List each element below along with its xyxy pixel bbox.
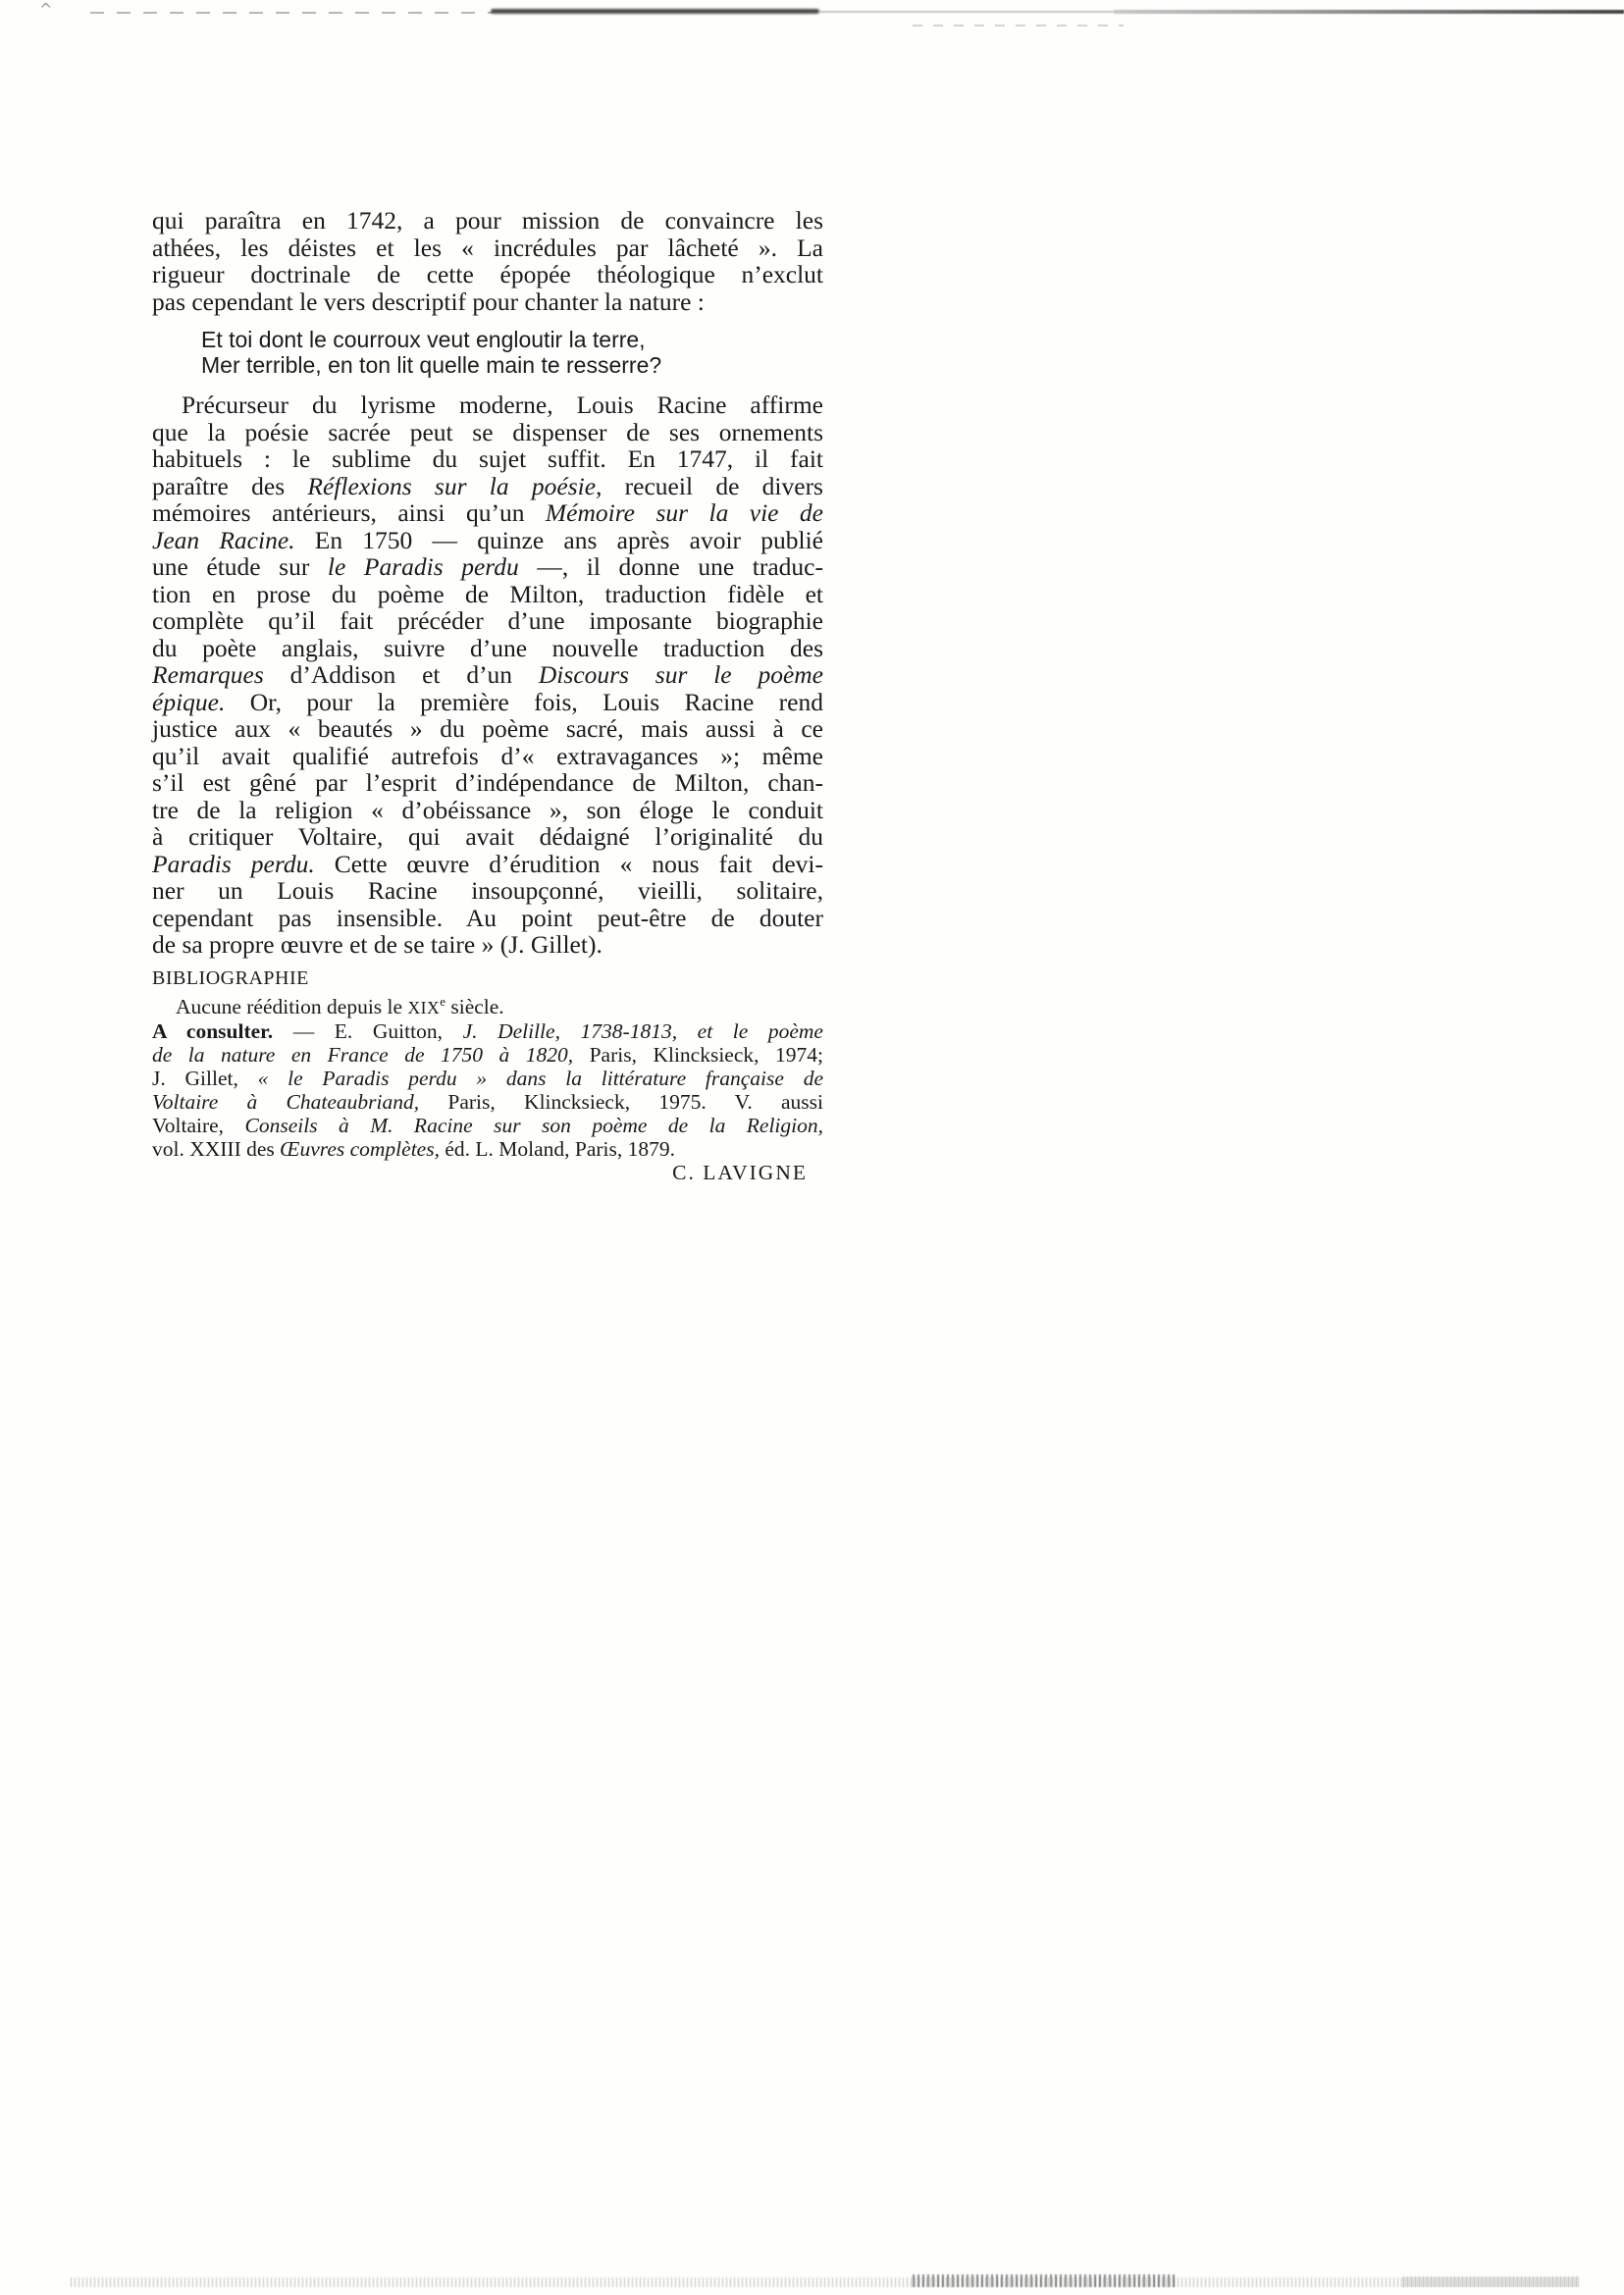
text-line: Aucune réédition depuis le XIXe siècle. [152,990,823,1019]
text-line: justice aux « beautés » du poème sacré, … [152,715,823,743]
scan-artifact-bottom-strip [71,2277,1580,2287]
text-line: Voltaire, Conseils à M. Racine sur son p… [152,1114,823,1137]
text-line: que la poésie sacrée peut se dispenser d… [152,419,823,446]
text-line: épique. Or, pour la première fois, Louis… [152,689,823,716]
text-line: ner un Louis Racine insoupçonné, vieilli… [152,877,823,905]
text-line: mémoires antérieurs, ainsi qu’un Mémoire… [152,499,823,527]
scan-artifact-top-left-dashes [90,12,493,14]
text-line: A consulter. — E. Guitton, J. Delille, 1… [152,1019,823,1043]
text-run: tion en prose du poème de Milton, traduc… [152,580,823,608]
text-run: que la poésie sacrée peut se dispenser d… [152,418,823,446]
text-run: Mer terrible, en ton lit quelle main te … [201,352,661,378]
text-line: paraître des Réflexions sur la poésie, r… [152,473,823,500]
text-line: Paradis perdu. Cette œuvre d’érudition «… [152,851,823,878]
text-line: Voltaire à Chateaubriand, Paris, Klincks… [152,1090,823,1114]
text-line: athées, les déistes et les « incrédules … [152,235,823,262]
text-line: qui paraîtra en 1742, a pour mission de … [152,207,823,235]
text-run: ner un Louis Racine insoupçonné, vieilli… [152,876,823,905]
text-line: du poète anglais, suivre d’une nouvelle … [152,635,823,662]
text-run: En 1750 — quinze ans après avoir publié [295,526,823,554]
text-run-i: Remarques [152,660,264,689]
text-run-i: de la nature en France de 1750 à 1820, [152,1043,573,1067]
text-run: cependant pas insensible. Au point peut-… [152,904,823,932]
text-run: Précurseur du lyrisme moderne, Louis Rac… [182,391,823,419]
text-run: du poète anglais, suivre d’une nouvelle … [152,634,823,662]
text-line: de sa propre œuvre et de se taire » (J. … [152,931,823,959]
text-line: Précurseur du lyrisme moderne, Louis Rac… [152,391,823,419]
text-line: Remarques d’Addison et d’un Discours sur… [152,661,823,689]
author-signature: C. LAVIGNE [152,1161,823,1184]
text-line: Jean Racine. En 1750 — quinze ans après … [152,527,823,554]
text-line: tre de la religion « d’obéissance », son… [152,797,823,824]
text-run: athées, les déistes et les « incrédules … [152,234,823,262]
scan-noise-caret-mark: ^ [39,0,52,19]
text-run-b: A consulter. [152,1019,273,1043]
text-line: une étude sur le Paradis perdu —, il don… [152,553,823,581]
text-run-i: épique. [152,688,225,716]
text-run-i: « le Paradis perdu » dans la littérature… [258,1067,823,1090]
text-run: une étude sur [152,552,328,581]
text-run: paraître des [152,472,307,500]
text-line: de la nature en France de 1750 à 1820, P… [152,1043,823,1067]
text-run-i: Mémoire sur la vie de [546,498,823,527]
text-run: rigueur doctrinale de cette épopée théol… [152,260,823,288]
text-run: mémoires antérieurs, ainsi qu’un [152,498,546,527]
text-run: habituels : le sublime du sujet suffit. … [152,444,823,473]
text-run: à critiquer Voltaire, qui avait dédaigné… [152,822,823,851]
text-run: recueil de divers [602,472,823,500]
text-line: habituels : le sublime du sujet suffit. … [152,445,823,473]
text-run: siècle. [445,995,504,1018]
scan-artifact-top-dark-segment [491,9,819,14]
text-run-i: Jean Racine. [152,526,295,554]
paragraph-opening: qui paraîtra en 1742, a pour mission de … [152,207,823,315]
text-run: Voltaire, [152,1114,245,1137]
text-line: rigueur doctrinale de cette épopée théol… [152,261,823,288]
text-line: qu’il avait qualifié autrefois d’« extra… [152,743,823,770]
text-run: d’Addison et d’un [264,660,539,689]
text-run: de sa propre œuvre et de se taire » (J. … [152,930,602,959]
text-run-i: Conseils à M. Racine sur son poème de la… [245,1114,824,1137]
text-run-i: Œuvres complètes, [280,1137,440,1161]
text-run: tre de la religion « d’obéissance », son… [152,796,823,824]
scan-artifact-bottom-dark-cluster [913,2274,1178,2287]
scan-artifact-top-right-dashes [913,25,1124,26]
text-line: vol. XXIII des Œuvres complètes, éd. L. … [152,1137,823,1161]
text-run-i: Voltaire à Chateaubriand, [152,1090,419,1114]
text-run: — E. Guitton, [273,1019,462,1043]
text-run: s’il est gêné par l’esprit d’indépendanc… [152,768,823,797]
text-run: Or, pour la première fois, Louis Racine … [225,688,823,716]
text-run-i: Paradis perdu. [152,850,315,878]
article-text-column: qui paraîtra en 1742, a pour mission de … [152,207,823,1184]
scanned-document-page: ^ qui paraîtra en 1742, a pour mission d… [0,0,1624,2295]
text-run: Paris, Klincksieck, 1975. V. aussi [419,1090,823,1114]
scan-artifact-bottom-right-cluster [1403,2276,1580,2287]
text-run: Paris, Klincksieck, 1974; [573,1043,823,1067]
text-line: à critiquer Voltaire, qui avait dédaigné… [152,823,823,851]
text-run: Et toi dont le courroux veut engloutir l… [201,327,646,352]
text-run-i: J. Delille, 1738-1813, et le poème [463,1019,823,1043]
text-run-i: Réflexions sur la poésie, [307,472,602,500]
text-line: Mer terrible, en ton lit quelle main te … [201,352,823,378]
paragraph-main: Précurseur du lyrisme moderne, Louis Rac… [152,391,823,959]
text-run: Cette œuvre d’érudition « nous fait devi… [315,850,823,878]
scan-artifact-top-mid-line [819,11,1114,13]
bibliography-section: BIBLIOGRAPHIE Aucune réédition depuis le… [152,966,823,1184]
text-run-i: le Paradis perdu [328,552,519,581]
text-run: pas cependant le vers descriptif pour ch… [152,287,705,316]
text-run: justice aux « beautés » du poème sacré, … [152,714,823,743]
text-run: qu’il avait qualifié autrefois d’« extra… [152,742,823,770]
bibliography-note: Aucune réédition depuis le XIXe siècle. [152,990,823,1019]
text-run-i: Discours sur le poème [539,660,823,689]
text-run: complète qu’il fait précéder d’une impos… [152,606,823,635]
text-line: cependant pas insensible. Au point peut-… [152,905,823,932]
text-line: pas cependant le vers descriptif pour ch… [152,288,823,316]
text-run: —, il donne une traduc- [519,552,823,581]
text-line: J. Gillet, « le Paradis perdu » dans la … [152,1067,823,1090]
scan-artifact-top-right-line [1114,10,1624,14]
text-line: Et toi dont le courroux veut engloutir l… [201,327,823,352]
text-run: Aucune réédition depuis le [176,995,407,1018]
text-run: J. Gillet, [152,1067,258,1090]
bibliography-heading: BIBLIOGRAPHIE [152,966,823,990]
text-run-sc: XIX [407,998,440,1017]
text-run: éd. L. Moland, Paris, 1879. [440,1137,675,1161]
text-line: s’il est gêné par l’esprit d’indépendanc… [152,769,823,797]
text-run: vol. XXIII des [152,1137,280,1161]
text-line: complète qu’il fait précéder d’une impos… [152,607,823,635]
bibliography-consult-paragraph: A consulter. — E. Guitton, J. Delille, 1… [152,1019,823,1161]
text-run: qui paraîtra en 1742, a pour mission de … [152,206,823,235]
text-line: tion en prose du poème de Milton, traduc… [152,581,823,608]
verse-quotation: Et toi dont le courroux veut engloutir l… [201,327,823,378]
